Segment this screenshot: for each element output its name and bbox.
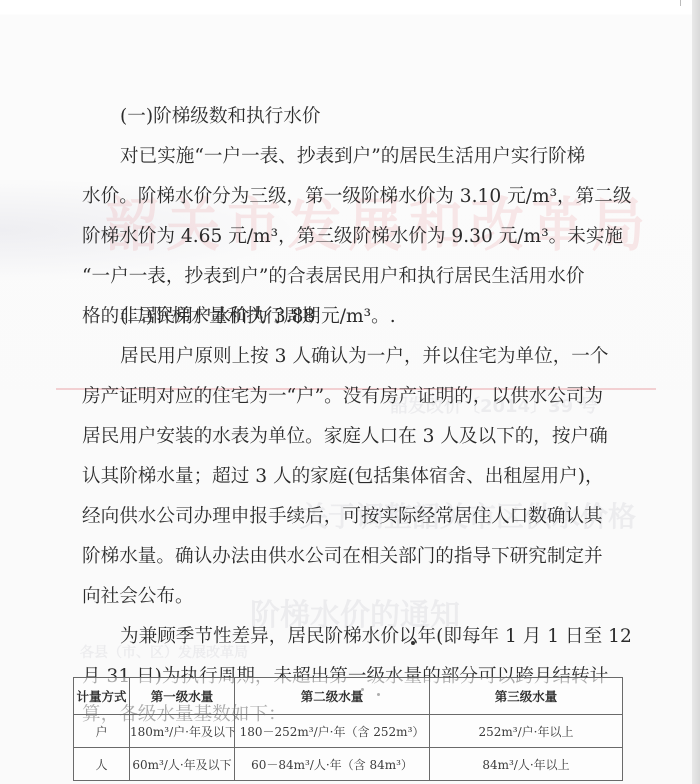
header-tier-1: 第一级水量 <box>130 678 235 715</box>
cell-method: 户 <box>74 715 130 748</box>
table-row: 人 60m³/人·年及以下 60－84m³/人·年（含 84m³） 84m³/人… <box>74 748 623 781</box>
scan-speck <box>411 641 415 645</box>
cell-tier-2: 60－84m³/人·年（含 84m³） <box>235 748 430 781</box>
cell-method: 人 <box>74 748 130 781</box>
paragraph-line: 阶梯水价为 4.65 元/m³，第三级阶梯水价为 9.30 元/m³。未实施 <box>82 222 623 252</box>
scan-mark <box>680 0 681 6</box>
section-heading: (二)阶梯水量和执行周期 <box>120 302 320 332</box>
header-tier-3: 第三级水量 <box>430 678 623 715</box>
table-header-row: 计量方式 第一级水量 第二级水量 第三级水量 <box>74 678 623 715</box>
header-tier-2: 第二级水量 <box>235 678 430 715</box>
paragraph-line: 认其阶梯水量；超过 3 人的家庭(包括集体宿舍、出租屋用户)， <box>82 462 604 492</box>
paragraph-line: 经向供水公司办理申报手续后，可按实际经常居住人口数确认其 <box>82 502 603 532</box>
cell-tier-3: 252m³/户·年以上 <box>430 715 623 748</box>
water-tier-table: 计量方式 第一级水量 第二级水量 第三级水量 户 180m³/户·年及以下 18… <box>73 677 623 781</box>
paragraph-line: 阶梯水量。确认办法由供水公司在相关部门的指导下研究制定并 <box>82 542 603 572</box>
page-edge-shadow <box>692 0 700 784</box>
header-metering-method: 计量方式 <box>74 678 130 715</box>
cell-tier-3: 84m³/人·年以上 <box>430 748 623 781</box>
paragraph-line: 水价。阶梯水价分为三级，第一级阶梯水价为 3.10 元/m³，第二级 <box>82 182 631 212</box>
paragraph-line: 向社会公布。 <box>82 582 194 612</box>
cell-tier-1: 180m³/户·年及以下 <box>130 715 235 748</box>
paragraph-line: 居民用户安装的水表为单位。家庭人口在 3 人及以下的，按户确 <box>82 422 608 452</box>
paragraph-line: “一户一表，抄表到户”的合表居民用户和执行居民生活用水价 <box>82 262 584 292</box>
paragraph-line: 房产证明对应的住宅为一“户”。没有房产证明的，以供水公司为 <box>82 382 603 412</box>
paragraph-line: 对已实施“一户一表、抄表到户”的居民生活用户实行阶梯 <box>120 142 630 172</box>
section-heading: (一)阶梯级数和执行水价 <box>120 102 320 132</box>
table-row: 户 180m³/户·年及以下 180－252m³/户·年（含 252m³） 25… <box>74 715 623 748</box>
cell-tier-2: 180－252m³/户·年（含 252m³） <box>235 715 430 748</box>
paragraph-line: 居民用户原则上按 3 人确认为一户，并以住宅为单位，一个 <box>120 342 630 372</box>
paragraph-line: 为兼顾季节性差异，居民阶梯水价以年(即每年 1 月 1 日至 12 <box>120 622 630 652</box>
cell-tier-1: 60m³/人·年及以下 <box>130 748 235 781</box>
